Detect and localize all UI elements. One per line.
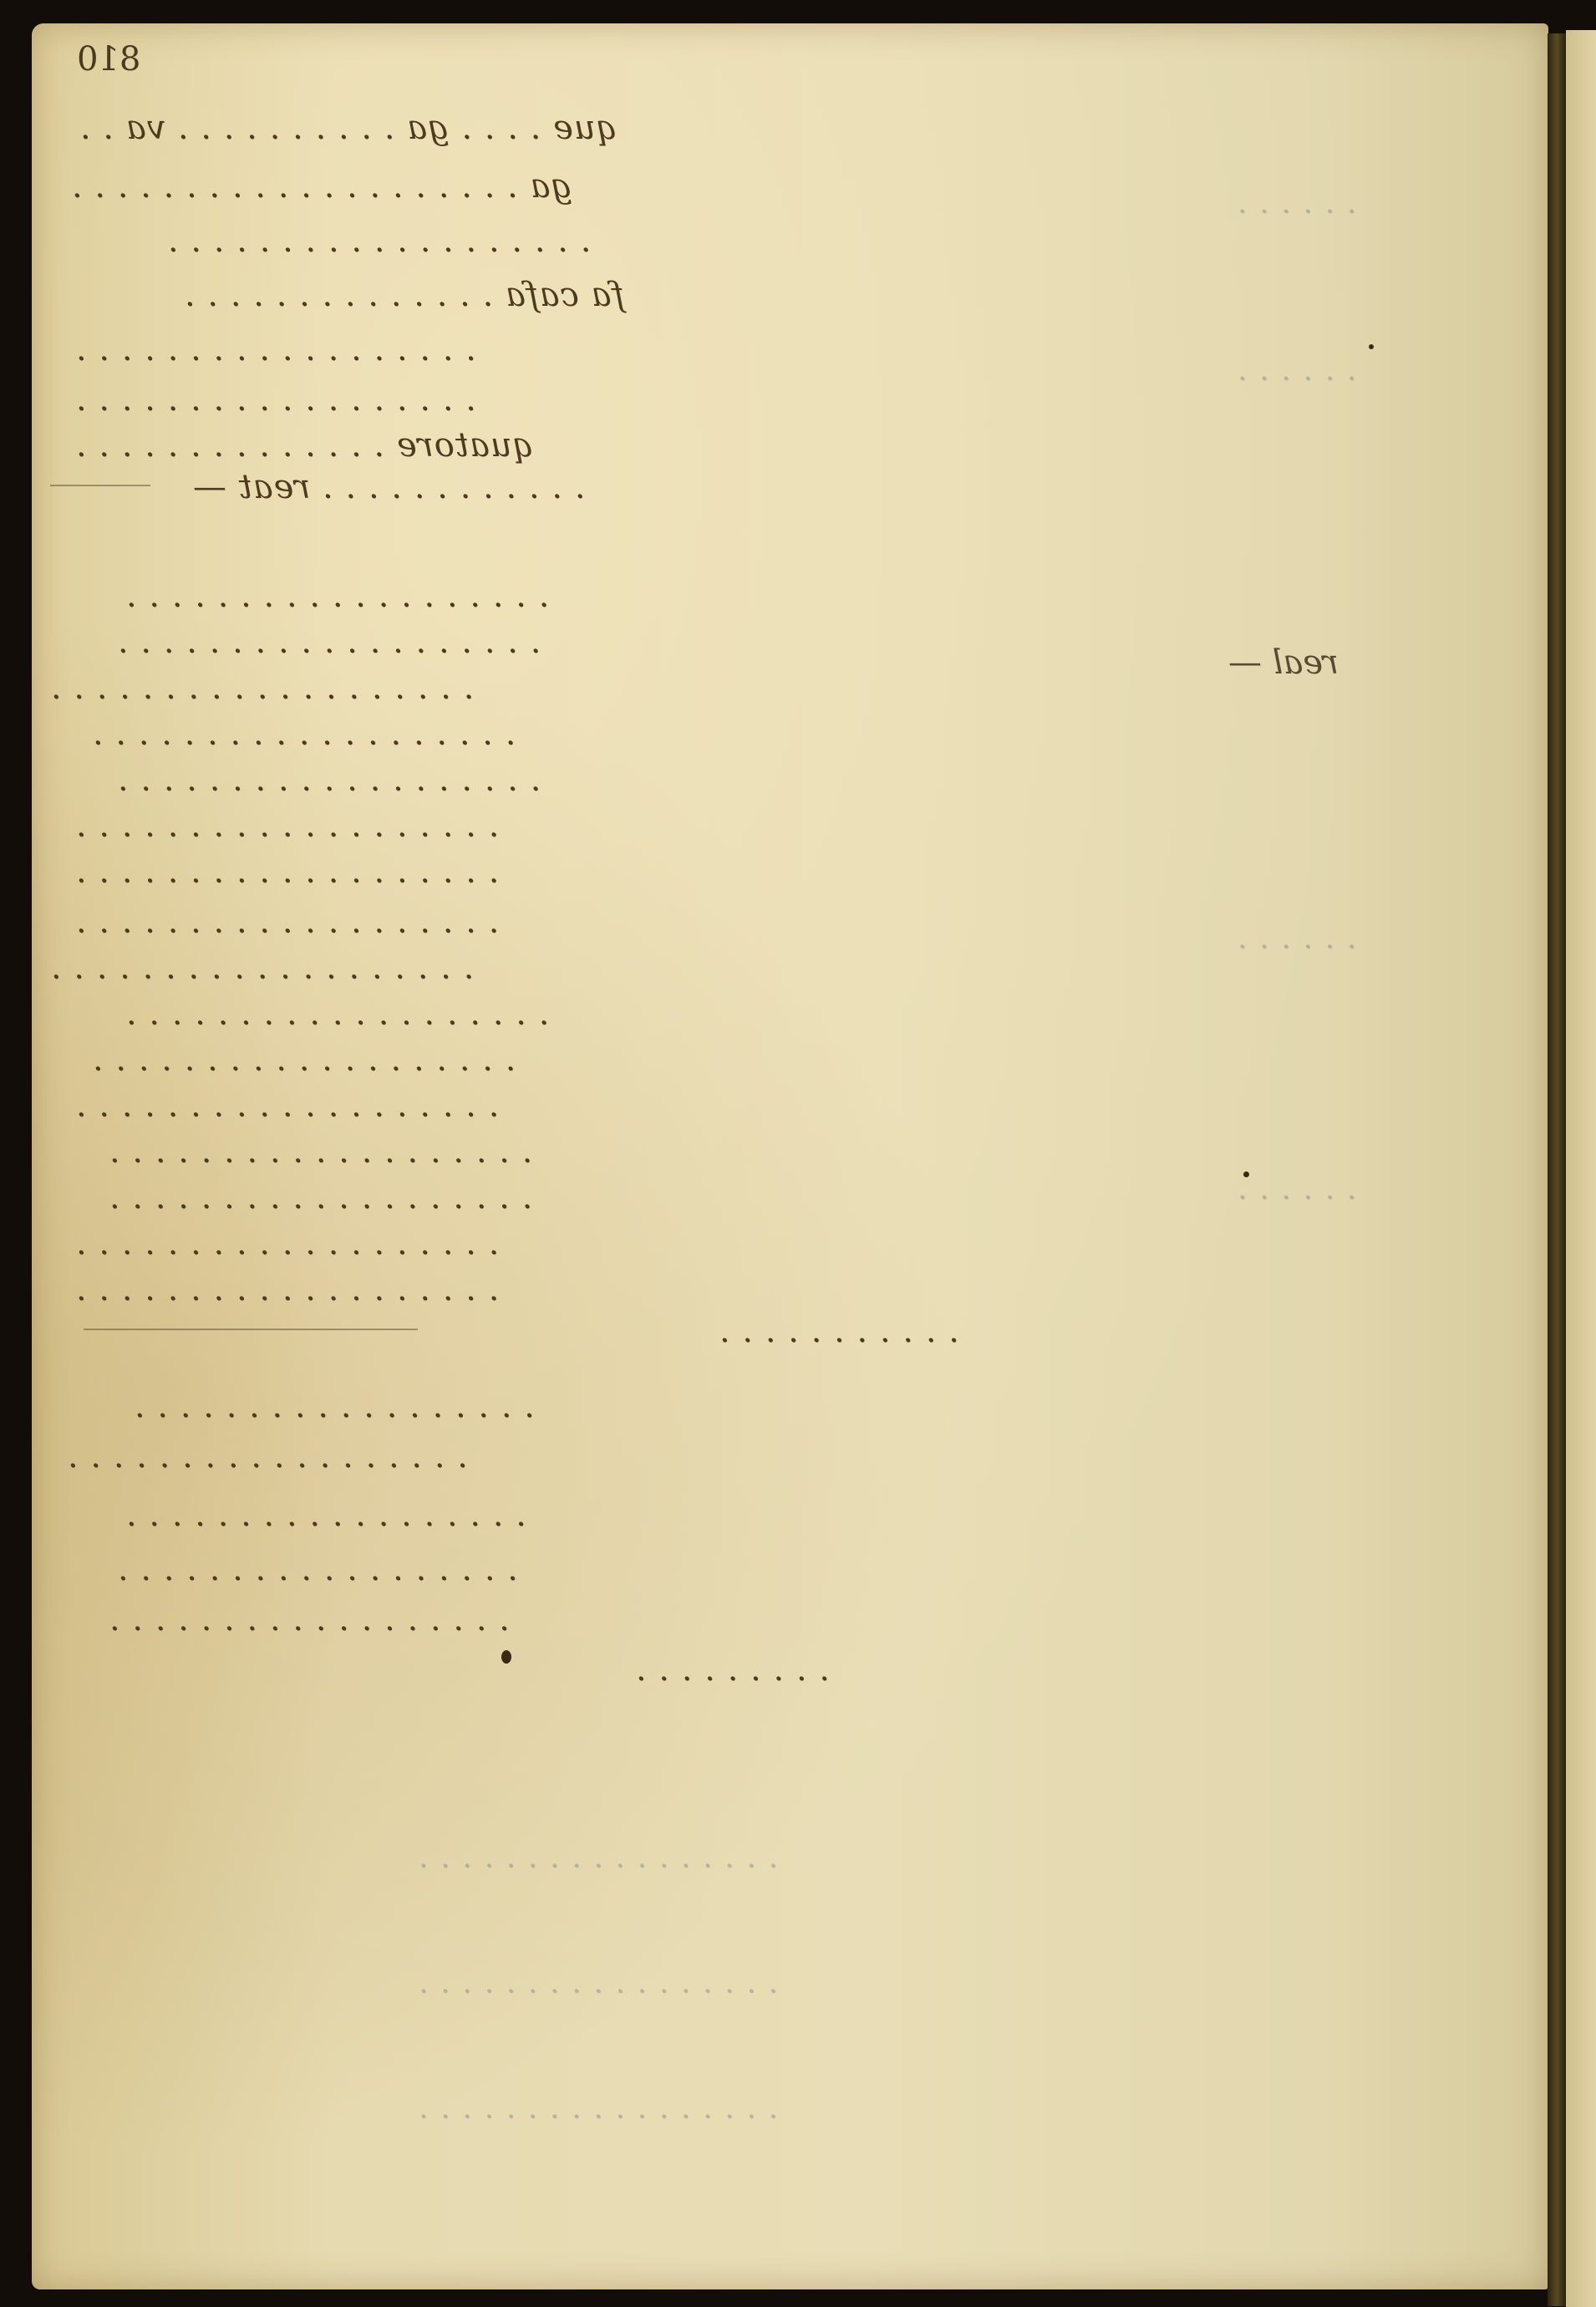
text-line: . . . . . . . . . . . . . . . . . . [125, 1496, 526, 1534]
text-line: . . . . . . . . . . . . . . . . . . . [109, 1178, 532, 1217]
text-line: . . . . . . . . . . . . . . . . . . [117, 1550, 518, 1588]
text-line: . . . . . . . . . . . . . . . . . . . [75, 1270, 499, 1308]
text-line: . . . . . . . . . . . . . . . . . . . [125, 577, 549, 615]
ink-spot [1369, 344, 1374, 349]
bleed-through-text: . . . . . . [1237, 919, 1357, 956]
line-rule [84, 1329, 418, 1330]
text-line: . . . . . . . . . . . . . . . . . . . [92, 1040, 516, 1079]
bleed-through-text: . . . . . . [1237, 1170, 1357, 1207]
ink-spot [1243, 1171, 1249, 1177]
bleed-through-text: . . . . . . . . . . . . . . . . . [418, 2089, 779, 2126]
line-rule [50, 485, 150, 486]
ink-spot [501, 1650, 511, 1664]
text-line: . . . . . . . . . . . . . . . . . . . [75, 806, 499, 845]
text-line: . . . . . . . . . . . . . . . . . . . [117, 760, 541, 799]
text-line: . . . . . . . . . [635, 1650, 830, 1689]
folio-number: 810 [77, 40, 140, 79]
text-line: que . . . . ga . . . . . . . . . . va . … [79, 109, 618, 147]
text-line: . . . . . . . . . . . . . . . . . . [67, 1437, 468, 1476]
text-line: . . . . . . . . . . . . . . . . . . . [92, 714, 516, 753]
text-line: . . . . . . . . . . . . . . . . . . . [117, 622, 541, 661]
text-line: fa cafa . . . . . . . . . . . . . . [184, 276, 624, 314]
text-line: . . . . . . . . . . . . . . . . . . . [75, 1086, 499, 1125]
bleed-through-text: . . . . . . . . . . . . . . . . . [418, 1964, 779, 2000]
adjacent-page-edge [1566, 30, 1596, 2307]
bleed-through-text: . . . . . . [1237, 351, 1357, 388]
text-line: . . . . . . . . . . . . . . . . . . . [167, 221, 591, 260]
text-line: . . . . . . . . . . . . . . . . . . . [109, 1132, 532, 1171]
text-line: . . . . . . . . . . . . . . . . . . . [75, 902, 499, 941]
margin-note: real — [1228, 643, 1339, 682]
text-line: . . . . . . . . . . . . . . . . . . [109, 1600, 510, 1639]
text-line: . . . . . . . . . . . . . . . . . . . [50, 668, 474, 707]
text-line: quatore . . . . . . . . . . . . . . [75, 426, 534, 465]
text-line: ga . . . . . . . . . . . . . . . . . . .… [71, 167, 572, 206]
text-line: . . . . . . . . . . . . . . . . . . . [125, 994, 549, 1033]
text-line: . . . . . . . . . . . . . . . . . . [75, 330, 476, 368]
bleed-through-text: . . . . . . [1237, 184, 1357, 221]
bleed-through-text: . . . . . . . . . . . . . . . . . [418, 1838, 779, 1875]
text-line: . . . . . . . . . . . . . . . . . . [134, 1387, 535, 1425]
text-line: . . . . . . . . . . . [719, 1312, 959, 1350]
binding-gutter [1548, 33, 1566, 2306]
text-line: . . . . . . . . . . . . . . . . . . . [75, 1224, 499, 1263]
text-line: . . . . . . . . . . . . . . . . . . . [50, 948, 474, 987]
text-line: . . . . . . . . . . . . . . . . . . . [75, 852, 499, 891]
text-line: . . . . . . . . . . . . reat — [192, 468, 586, 506]
text-line: . . . . . . . . . . . . . . . . . . [75, 380, 476, 419]
